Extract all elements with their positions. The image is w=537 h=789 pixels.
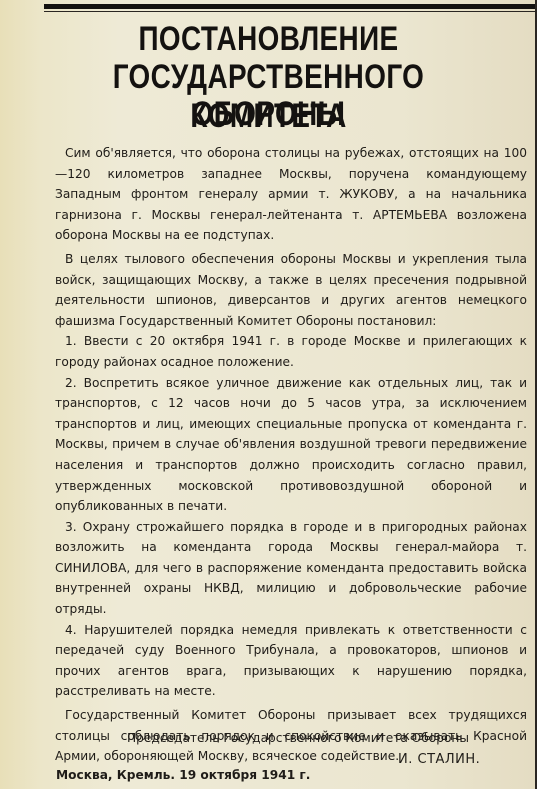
decree-body: Сим об'является, что оборона столицы на … (55, 143, 527, 767)
place-and-date: Москва, Кремль. 19 октября 1941 г. (56, 768, 310, 782)
signature-title: Председатель Государственного Комитета О… (127, 731, 469, 745)
paragraph-announcement: Сим об'является, что оборона столицы на … (55, 143, 527, 246)
top-rule-thin-divider (44, 11, 537, 12)
paragraph-item-4: 4. Нарушителей порядка немедля привлекат… (55, 620, 527, 702)
headline-line-3: ОБОРОНЫ (48, 95, 488, 134)
top-rule-divider (44, 4, 537, 9)
newspaper-page: ПОСТАНОВЛЕНИЕ ГОСУДАРСТВЕННОГО КОМИТЕТА … (0, 0, 537, 789)
paragraph-preamble: В целях тылового обеспечения обороны Мос… (55, 249, 527, 331)
paragraph-item-1: 1. Ввести с 20 октября 1941 г. в городе … (55, 331, 527, 372)
paragraph-item-2: 2. Воспретить всякое уличное движение ка… (55, 373, 527, 517)
headline-line-1: ПОСТАНОВЛЕНИЕ (48, 20, 488, 59)
paragraph-item-3: 3. Охрану строжайшего порядка в городе и… (55, 517, 527, 620)
signature-name: И. СТАЛИН. (398, 752, 480, 767)
